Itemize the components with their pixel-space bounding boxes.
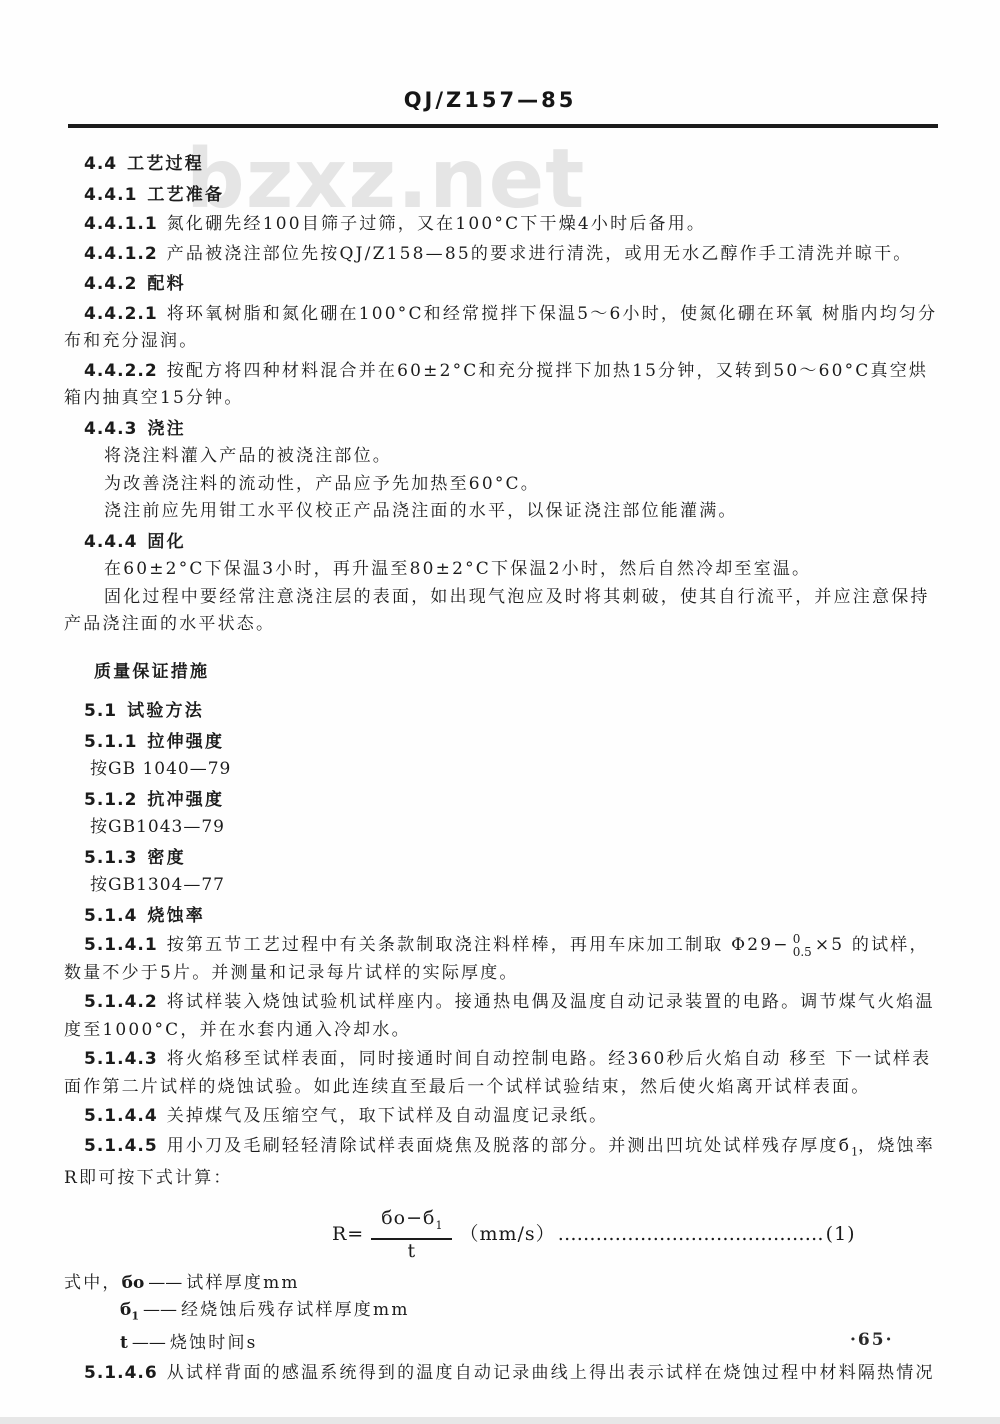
body-paragraph: 将浇注料灌入产品的被浇注部位。 (64, 443, 942, 471)
standard-reference: 按GB1043—79 (64, 814, 942, 842)
header-rule (68, 124, 938, 128)
heading-quality-assurance: 质量保证措施 (64, 659, 942, 687)
heading-5-1-4: 5.1.4烧蚀率 (64, 903, 942, 931)
heading-4-4-4: 4.4.4固化 (64, 529, 942, 557)
clause-5-1-4-4: 5.1.4.4关掉煤气及压缩空气，取下试样及自动温度记录纸。 (64, 1103, 942, 1131)
legend-line: 式中，бo——试样厚度mm (64, 1270, 942, 1298)
clause-5-1-4-5: 5.1.4.5用小刀及毛刷轻轻清除试样表面烧焦及脱落的部分。并测出凹坑处试样残存… (64, 1133, 942, 1193)
equation-number: (1) (826, 1221, 856, 1249)
formula-legend: 式中，бo——试样厚度mm б1——经烧蚀后残存试样厚度mm t——烧蚀时间s (64, 1270, 942, 1358)
heading-4-4-3: 4.4.3浇注 (64, 416, 942, 444)
standard-code-header: QJ/Z157—85 (0, 88, 990, 112)
standard-reference: 按GB 1040—79 (64, 756, 942, 784)
clause-4-4-2-1: 4.4.2.1将环氧树脂和氮化硼在100°C和经常搅拌下保温5～6小时，使氮化硼… (64, 301, 942, 356)
dot-leader: …………………………………… (558, 1221, 824, 1249)
heading-4-4-2: 4.4.2配料 (64, 271, 942, 299)
heading-5-1: 5.1试验方法 (64, 698, 942, 726)
tolerance-stack: 00.5 (793, 933, 812, 959)
body-paragraph: 在60±2°C下保温3小时，再升温至80±2°C下保温2小时，然后自然冷却至室温… (64, 556, 942, 584)
formula-fraction: бo−б1 t (371, 1207, 452, 1262)
standard-reference: 按GB1304—77 (64, 872, 942, 900)
clause-4-4-1-2: 4.4.1.2产品被浇注部位先按QJ/Z158—85的要求进行清洗，或用无水乙醇… (64, 241, 942, 269)
legend-line: б1——经烧蚀后残存试样厚度mm (64, 1297, 942, 1330)
legend-line: t——烧蚀时间s (64, 1330, 942, 1358)
formula-unit: （mm/s） (459, 1221, 555, 1249)
heading-5-1-3: 5.1.3密度 (64, 845, 942, 873)
clause-5-1-4-1: 5.1.4.1按第五节工艺过程中有关条款制取浇注料样棒，再用车床加工制取 Φ29… (64, 932, 942, 987)
formula-lhs: R= (332, 1221, 364, 1249)
scanned-standard-page: QJ/Z157—85 bzxz.net 4.4工艺过程 4.4.1工艺准备 4.… (0, 0, 1000, 1424)
heading-5-1-2: 5.1.2抗冲强度 (64, 787, 942, 815)
heading-4-4: 4.4工艺过程 (64, 151, 942, 179)
clause-5-1-4-3: 5.1.4.3将火焰移至试样表面，同时接通时间自动控制电路。经360秒后火焰自动… (64, 1046, 942, 1101)
clause-5-1-4-6: 5.1.4.6从试样背面的感温系统得到的温度自动记录曲线上得出表示试样在烧蚀过程… (64, 1360, 942, 1388)
heading-5-1-1: 5.1.1拉伸强度 (64, 729, 942, 757)
body-paragraph: 为改善浇注料的流动性，产品应予先加热至60°C。 (64, 471, 942, 499)
clause-5-1-4-2: 5.1.4.2将试样装入烧蚀试验机试样座内。接通热电偶及温度自动记录装置的电路。… (64, 989, 942, 1044)
clause-4-4-2-2: 4.4.2.2按配方将四种材料混合并在60±2°C和充分搅拌下加热15分钟，又转… (64, 358, 942, 413)
clause-4-4-1-1: 4.4.1.1氮化硼先经100目筛子过筛，又在100°C下干燥4小时后备用。 (64, 211, 942, 239)
page-number: ·65· (850, 1330, 894, 1350)
body-paragraph: 浇注前应先用钳工水平仪校正产品浇注面的水平，以保证浇注部位能灌满。 (64, 498, 942, 526)
heading-4-4-1: 4.4.1工艺准备 (64, 182, 942, 210)
document-body: 4.4工艺过程 4.4.1工艺准备 4.4.1.1氮化硼先经100目筛子过筛，又… (64, 148, 942, 1387)
body-paragraph: 固化过程中要经常注意浇注层的表面，如出现气泡应及时将其刺破，使其自行流平，并应注… (64, 584, 942, 639)
ablation-rate-formula: R= бo−б1 t （mm/s） …………………………………… (1) (64, 1207, 942, 1262)
scan-edge (0, 1417, 1000, 1424)
